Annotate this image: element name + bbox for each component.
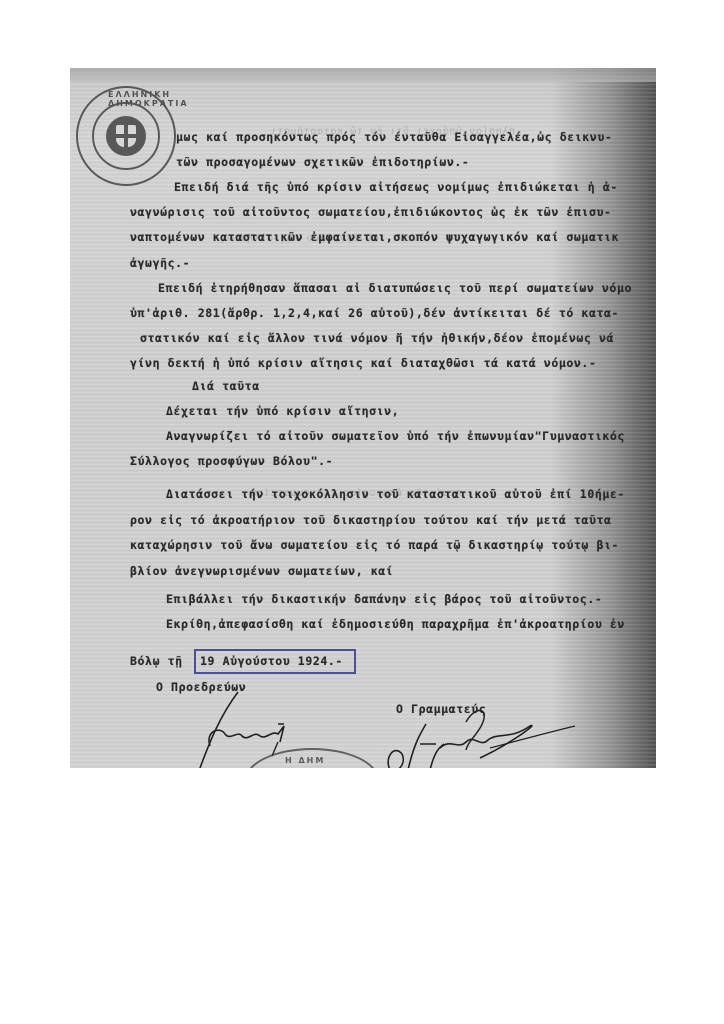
greek-cross-shield-icon — [116, 125, 136, 147]
decision-date: 19 Αὐγούστου 1924.- — [200, 654, 343, 668]
text-line: Δέχεται τήν ὑπό κρίσιν αἴτησιν, — [166, 404, 399, 418]
text-line: Επιβάλλει τήν δικαστικήν δαπάνην εἰς βάρ… — [166, 592, 602, 606]
text-line: ὑπ'ἀριθ. 281(ἄρθρ. 1,2,4,καί 26 αὐτοῦ),δ… — [130, 306, 619, 320]
text-line: στατικόν καί εἰς ἄλλον τινά νόμον ἤ τήν … — [140, 331, 614, 345]
text-line: ἀγωγῆς.- — [130, 256, 190, 270]
text-line: Σύλλογος προσφύγων Βόλου".- — [130, 454, 333, 468]
text-line: Επειδή διά τῆς ὑπό κρίσιν αἰτήσεως νομίμ… — [174, 180, 618, 194]
text-line: ναπτομένων καταστατικῶν ἐμφαίνεται,σκοπό… — [130, 230, 619, 244]
text-line: ναγνώρισις τοῦ αἰτοῦντος σωματείου,ἐπιδι… — [130, 205, 612, 219]
secretary-signature — [380, 704, 580, 768]
seal-bottom-text: Η ΔΗΜ — [285, 756, 325, 765]
official-seal-top: ΕΛΛΗΝΙΚΗ ΔΗΜΟΚΡΑΤΙΑ — [76, 86, 176, 186]
text-line: ρον εἰς τό ἀκροατήριον τοῦ δικαστηρίου τ… — [130, 513, 612, 527]
text-line: τῶν προσαγομένων σχετικῶν ἐπιδοτηρίων.- — [176, 155, 469, 169]
text-line: Επειδή ἐτηρήθησαν ἅπασαι αἱ διατυπώσεις … — [158, 281, 632, 295]
text-line: Βόλῳ τῇ — [130, 654, 183, 668]
seal-outer-text: ΕΛΛΗΝΙΚΗ ΔΗΜΟΚΡΑΤΙΑ — [108, 90, 189, 108]
scan-top-shadow — [70, 68, 656, 82]
text-line: Εκρίθη,ἀπεφασίσθη καί ἐδημοσιεύθη παραχρ… — [166, 617, 625, 631]
seal-core — [106, 116, 146, 156]
text-line: Αναγνωρίζει τό αἰτοῦν σωματεῖον ὑπό τήν … — [166, 429, 625, 443]
text-line: Διατάσσει τήν τοιχοκόλλησιν τοῦ καταστατ… — [166, 487, 625, 501]
text-line: γίνη δεκτή ἡ ὑπό κρίσιν αἴτησις καί διατ… — [130, 356, 596, 370]
scanned-document: πλησίον ὑπάρχει ὅτι ἐν τῷ καταστήματι ἕν… — [70, 68, 656, 768]
section-heading: Διά ταῦτα — [192, 379, 260, 393]
text-line: καταχώρησιν τοῦ ἄνω σωματείου εἰς τό παρ… — [130, 538, 619, 552]
text-line: μως καί προσηκόντως πρός τόν ένταῦθα Εἰσ… — [176, 130, 612, 144]
text-line: βλίον ἀνεγνωρισμένων σωματείων, καί — [130, 564, 393, 578]
